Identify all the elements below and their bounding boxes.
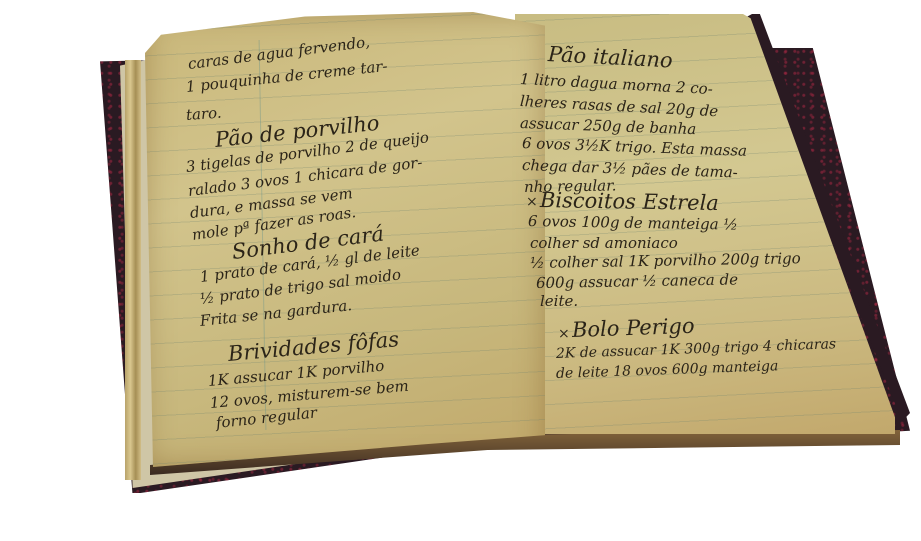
cross-mark-icon: × <box>526 194 538 210</box>
notebook-photo: caras de agua fervendo, 1 pouquinha de c… <box>0 0 921 541</box>
handwritten-line: colher sd amoniaco <box>530 234 678 252</box>
handwritten-line: leite. <box>540 292 578 310</box>
recipe-title: Bolo Perigo <box>572 314 695 342</box>
recipe-title: Biscoitos Estrela <box>540 188 719 215</box>
handwritten-line: 600g assucar ½ caneca de <box>536 270 738 292</box>
handwritten-line: taro. <box>185 104 222 124</box>
handwritten-line: 6 ovos 100g de manteiga ½ <box>528 212 738 234</box>
cross-mark-icon: × <box>558 326 570 342</box>
page-edges <box>125 60 141 480</box>
